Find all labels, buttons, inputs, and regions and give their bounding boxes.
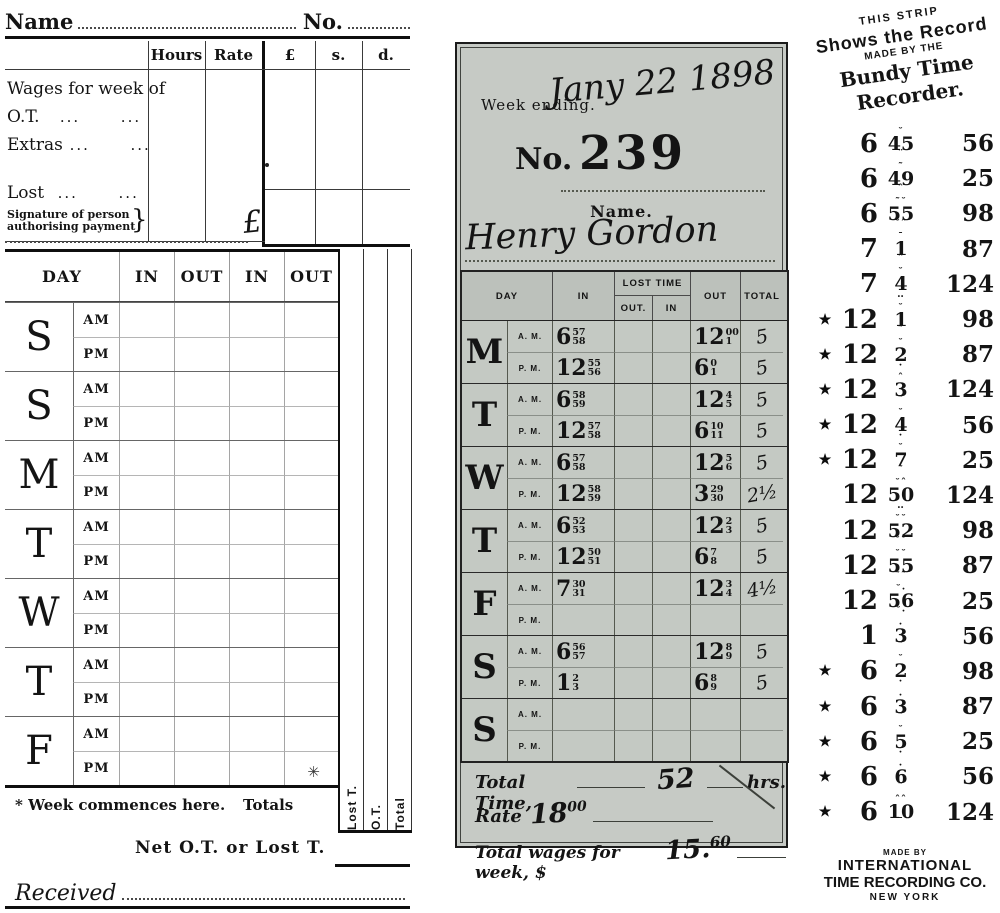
total-cell bbox=[740, 699, 783, 730]
am-label: AM bbox=[73, 579, 119, 613]
am-label: A. M. bbox=[507, 573, 552, 604]
out-cell bbox=[174, 579, 229, 613]
in-time-cell bbox=[552, 730, 614, 761]
card-no-label: No. bbox=[515, 142, 572, 177]
employee-number: 98 bbox=[924, 306, 996, 333]
strip-record-row: ★ 12 ˘ 4 · 56 bbox=[810, 408, 1000, 443]
out-cell bbox=[174, 613, 229, 647]
time-min-bottom: 1 bbox=[726, 337, 739, 346]
punch-day-row: T A. M. 65253 1223 5 P. M. 125051 bbox=[462, 509, 787, 572]
lost-out-cell bbox=[614, 604, 652, 635]
overprint-mark-bottom: ¨ bbox=[898, 152, 904, 158]
time-hour: 12 bbox=[694, 640, 725, 664]
punch-day-row: W A. M. 65758 1256 5 P. M. 125859 bbox=[462, 446, 787, 509]
no-dotted-line bbox=[348, 8, 410, 29]
total-hours: 5 bbox=[754, 419, 770, 443]
day-letter: S bbox=[462, 699, 507, 761]
employee-number: 25 bbox=[924, 447, 996, 474]
star-icon: ★ bbox=[810, 734, 840, 750]
in-cell bbox=[119, 717, 174, 751]
total-wages-label: Total wages for week, $ bbox=[475, 843, 655, 883]
name-label: Name bbox=[5, 9, 73, 34]
out-cell bbox=[174, 337, 229, 371]
out-time-cell bbox=[690, 699, 740, 730]
out-time-cell: 1256 bbox=[690, 447, 740, 478]
am-label: A. M. bbox=[507, 636, 552, 667]
signature-line2: authorising payment bbox=[7, 221, 135, 233]
record-minute: ˘ 2 · bbox=[878, 657, 924, 685]
in-time-cell: 65657 bbox=[552, 636, 614, 667]
star-icon: ★ bbox=[810, 769, 840, 785]
time-min-bottom: 51 bbox=[588, 557, 601, 566]
overprint-mark-bottom: ‥ bbox=[897, 292, 905, 298]
record-hour: 12 bbox=[840, 586, 878, 616]
ot-column: O.T. bbox=[364, 249, 388, 830]
overprint-mark-bottom: · bbox=[899, 750, 903, 756]
time-hour: 12 bbox=[556, 356, 587, 380]
star-icon: ★ bbox=[810, 804, 840, 820]
total-cell: 2½ bbox=[740, 478, 783, 509]
pm-label: P. M. bbox=[507, 352, 552, 383]
strip-record-row: ★ 6 · 6 ˜ 56 bbox=[810, 759, 1000, 794]
total-hours: 5 bbox=[754, 451, 770, 475]
record-minute: ˘· 56 ˘· bbox=[878, 587, 924, 615]
lost-in-cell bbox=[652, 415, 690, 446]
am-label: A. M. bbox=[507, 384, 552, 415]
strip-record-row: 1 · 3 ˜ 56 bbox=[810, 619, 1000, 654]
record-hour: 6 bbox=[840, 762, 878, 792]
time-min-bottom: 5 bbox=[726, 400, 733, 409]
lost-out-cell bbox=[614, 384, 652, 415]
out-cell bbox=[284, 579, 338, 613]
signature-dotted-line bbox=[5, 241, 248, 243]
ink-dot bbox=[265, 163, 269, 167]
out-cell bbox=[284, 372, 338, 406]
punch-day-row: T A. M. 65859 1245 5 P. M. 125758 bbox=[462, 383, 787, 446]
card-no-value: 239 bbox=[579, 126, 686, 181]
total-cell: 5 bbox=[740, 447, 783, 478]
out-cell bbox=[174, 682, 229, 716]
record-minute: ˘ 7 ˜ bbox=[878, 446, 924, 474]
time-hour: 6 bbox=[556, 388, 571, 412]
total-cell: 5 bbox=[740, 384, 783, 415]
am-label: AM bbox=[73, 441, 119, 475]
time-min-bottom: 58 bbox=[572, 337, 585, 346]
no-label: No. bbox=[303, 9, 343, 34]
lost-in-cell bbox=[652, 478, 690, 509]
weekly-time-grid: DAY IN OUT IN OUT S AM PM bbox=[5, 249, 410, 831]
record-minute: ˘ 1 ˜ bbox=[878, 306, 924, 334]
in-cell bbox=[119, 648, 174, 682]
am-label: AM bbox=[73, 648, 119, 682]
overprint-mark-bottom: ˘· bbox=[896, 609, 906, 615]
day-letter: T bbox=[5, 510, 73, 578]
time-min-bottom: 30 bbox=[710, 494, 723, 503]
record-hour: 6 bbox=[840, 727, 878, 757]
out-time-cell: 32930 bbox=[690, 478, 740, 509]
in-time-cell: 125859 bbox=[552, 478, 614, 509]
out-cell bbox=[174, 303, 229, 337]
punch-time-table: DAY IN LOST TIME OUT. IN OUT TOTAL M A. … bbox=[460, 270, 789, 763]
lost-out-cell bbox=[614, 636, 652, 667]
row-label: Lost bbox=[7, 183, 44, 203]
total-hours: 5 bbox=[754, 514, 770, 538]
punch-day-row: M A. M. 65758 12001 5 P. M. 125556 bbox=[462, 321, 787, 383]
in-cell bbox=[119, 475, 174, 509]
strip-record-row: ★ 6 ˘ 5 · 25 bbox=[810, 724, 1000, 759]
lost-in-cell bbox=[652, 667, 690, 698]
in-cell bbox=[119, 579, 174, 613]
total-time-handwriting: 52 bbox=[656, 763, 696, 797]
record-hour: 12 bbox=[840, 516, 878, 546]
in-time-cell bbox=[552, 699, 614, 730]
row-dots: ... ... bbox=[63, 136, 151, 154]
time-grid-main: DAY IN OUT IN OUT S AM PM bbox=[5, 249, 338, 788]
day-header: DAY bbox=[462, 272, 552, 320]
punch-table-header: DAY IN LOST TIME OUT. IN OUT TOTAL bbox=[462, 272, 787, 321]
in-cell bbox=[229, 406, 284, 440]
employee-number: 124 bbox=[924, 271, 996, 298]
out-header: OUT bbox=[284, 252, 338, 301]
total-cell: 5 bbox=[740, 667, 783, 698]
in-cell bbox=[229, 372, 284, 406]
total-cell: 5 bbox=[740, 321, 783, 352]
time-grid-header: DAY IN OUT IN OUT bbox=[5, 252, 338, 302]
day-row: F AM PM ✳ bbox=[5, 716, 338, 785]
overprint-mark-bottom: ˘ˆ bbox=[895, 222, 907, 228]
time-min-bottom: 9 bbox=[726, 652, 733, 661]
received-row: Received bbox=[15, 878, 410, 906]
row-dots: ... ... bbox=[44, 184, 139, 202]
out-cell bbox=[284, 337, 338, 371]
overprint-mark-bottom: ¯ bbox=[898, 820, 904, 826]
time-min-bottom: 53 bbox=[572, 526, 585, 535]
lost-in-cell bbox=[652, 541, 690, 572]
employee-number: 56 bbox=[924, 412, 996, 439]
strip-footer: MADE BY INTERNATIONAL TIME RECORDING CO.… bbox=[810, 848, 1000, 903]
lost-out-cell bbox=[614, 321, 652, 352]
lost-in-cell bbox=[652, 636, 690, 667]
lost-out-cell bbox=[614, 447, 652, 478]
in-cell bbox=[119, 337, 174, 371]
in-cell bbox=[119, 510, 174, 544]
time-min-bottom: 57 bbox=[572, 652, 585, 661]
time-hour: 6 bbox=[556, 514, 571, 538]
total-hours: 5 bbox=[754, 671, 770, 695]
am-label: A. M. bbox=[507, 510, 552, 541]
out-cell bbox=[284, 682, 338, 716]
in-cell bbox=[229, 475, 284, 509]
in-cell bbox=[229, 717, 284, 751]
lost-in-cell bbox=[652, 730, 690, 761]
fill-line bbox=[707, 787, 743, 788]
in-time-cell: 125051 bbox=[552, 541, 614, 572]
in-cell bbox=[229, 303, 284, 337]
in-cell bbox=[119, 441, 174, 475]
strip-record-row: ★ 12 ˘ 7 ˜ 25 bbox=[810, 443, 1000, 478]
pm-label: PM bbox=[73, 613, 119, 647]
day-rows: S AM PM bbox=[5, 302, 338, 785]
pm-label: PM bbox=[73, 544, 119, 578]
star-icon: ★ bbox=[810, 452, 840, 468]
time-hour: 7 bbox=[556, 577, 571, 601]
footnote-row: * Week commences here. Totals bbox=[5, 782, 338, 830]
day-letter: T bbox=[462, 510, 507, 572]
out-cell bbox=[284, 510, 338, 544]
strip-record-row: 12 ˘˘ 52 ˘˘ 98 bbox=[810, 513, 1000, 548]
record-minute: · 3 ˜ bbox=[878, 622, 924, 650]
time-hour: 12 bbox=[556, 482, 587, 506]
overprint-mark-bottom: ˜ bbox=[898, 328, 904, 334]
strip-record-row: 12 ˘ˆ 50 ‥ 124 bbox=[810, 478, 1000, 513]
lost-in-cell bbox=[652, 352, 690, 383]
fill-line bbox=[577, 787, 646, 788]
record-hour: 6 bbox=[840, 199, 878, 229]
time-hour: 12 bbox=[556, 545, 587, 569]
in-time-cell: 65859 bbox=[552, 384, 614, 415]
overprint-mark-bottom: ˜ bbox=[898, 398, 904, 404]
record-hour: 12 bbox=[840, 305, 878, 335]
total-hours: 5 bbox=[754, 325, 770, 349]
lost-out-header: OUT. bbox=[614, 296, 652, 320]
time-hour: 12 bbox=[694, 325, 725, 349]
side-total-columns: Lost T. O.T. Total bbox=[338, 249, 412, 833]
out-time-cell: 61011 bbox=[690, 415, 740, 446]
time-hour: 12 bbox=[694, 388, 725, 412]
time-min-bottom: 58 bbox=[572, 463, 585, 472]
record-minute: · 6 ˜ bbox=[878, 763, 924, 791]
lost-in-cell bbox=[652, 321, 690, 352]
time-hour: 12 bbox=[694, 514, 725, 538]
employee-number: 25 bbox=[924, 728, 996, 755]
record-minute: ˆˆ 10 ¯ bbox=[878, 798, 924, 826]
record-hour: 12 bbox=[840, 551, 878, 581]
in-cell bbox=[119, 406, 174, 440]
total-cell bbox=[740, 730, 783, 761]
time-min-bottom: 1 bbox=[710, 368, 717, 377]
header-underline bbox=[5, 69, 410, 70]
record-minute: ˜ 49 ˆ bbox=[878, 165, 924, 193]
rate-handwriting: 1800 bbox=[529, 797, 588, 831]
in-time-cell: 65253 bbox=[552, 510, 614, 541]
pm-label: P. M. bbox=[507, 604, 552, 635]
employee-number: 87 bbox=[924, 236, 996, 263]
record-hour: 12 bbox=[840, 445, 878, 475]
employee-number: 98 bbox=[924, 517, 996, 544]
overprint-mark-bottom: · bbox=[899, 679, 903, 685]
record-minute: ˘ 4 · bbox=[878, 411, 924, 439]
day-letter: M bbox=[5, 441, 73, 509]
wages-row: Wages for week of bbox=[7, 79, 165, 99]
shillings-header: s. bbox=[315, 46, 362, 64]
in-cell bbox=[119, 372, 174, 406]
lost-t-column: Lost T. bbox=[340, 249, 364, 830]
lost-time-header: LOST TIME bbox=[614, 272, 690, 296]
in-cell bbox=[119, 682, 174, 716]
extras-row: Extras ... ... bbox=[7, 135, 151, 155]
strip-record-row: ★ 6 · 3 ˜ 87 bbox=[810, 689, 1000, 724]
in-cell bbox=[229, 510, 284, 544]
out-cell bbox=[284, 544, 338, 578]
in-time-cell bbox=[552, 604, 614, 635]
pm-label: P. M. bbox=[507, 415, 552, 446]
pm-label: P. M. bbox=[507, 478, 552, 509]
lost-out-cell bbox=[614, 699, 652, 730]
out-cell bbox=[284, 406, 338, 440]
day-letter: M bbox=[462, 321, 507, 383]
employee-number: 124 bbox=[924, 799, 996, 826]
lost-in-cell bbox=[652, 573, 690, 604]
time-hour: 6 bbox=[694, 671, 709, 695]
record-minute: ˘˘ 55 ˜˜ bbox=[878, 552, 924, 580]
record-hour: 1 bbox=[840, 621, 878, 651]
in-header: IN bbox=[229, 252, 284, 301]
in-cell bbox=[229, 337, 284, 371]
out-time-cell: 12001 bbox=[690, 321, 740, 352]
am-label: A. M. bbox=[507, 321, 552, 352]
star-icon: ★ bbox=[810, 312, 840, 328]
total-cell: 5 bbox=[740, 636, 783, 667]
strip-record-row: ★ 6 ˘ 2 · 98 bbox=[810, 654, 1000, 689]
row-dots: ... ... bbox=[40, 108, 142, 126]
in-time-cell: 125556 bbox=[552, 352, 614, 383]
overprint-mark-bottom: ˜ bbox=[898, 715, 904, 721]
time-hour: 12 bbox=[694, 451, 725, 475]
out-cell bbox=[174, 441, 229, 475]
total-column: Total bbox=[388, 249, 412, 830]
out-cell bbox=[284, 475, 338, 509]
in-cell bbox=[229, 751, 284, 785]
star-icon: ★ bbox=[810, 699, 840, 715]
employee-number: 98 bbox=[924, 200, 996, 227]
lost-in-header: IN bbox=[652, 296, 690, 320]
record-hour: 6 bbox=[840, 656, 878, 686]
strip-record-rows: 6 ˘ 45 ¨ 56 6 ˜ 49 ˆ 25 bbox=[810, 126, 1000, 830]
out-time-cell: 1245 bbox=[690, 384, 740, 415]
name-no-row: Name No. bbox=[5, 8, 410, 34]
time-min-bottom: 3 bbox=[726, 526, 733, 535]
overprint-mark-bottom: ˘˘ bbox=[895, 539, 907, 545]
wages-summary-block: Hours Rate £ s. d. Wages for week of O.T… bbox=[5, 41, 410, 247]
am-label: A. M. bbox=[507, 699, 552, 730]
pm-label: P. M. bbox=[507, 730, 552, 761]
day-row: S AM PM bbox=[5, 371, 338, 440]
time-min-bottom: 6 bbox=[726, 463, 733, 472]
day-letter: T bbox=[462, 384, 507, 446]
time-min-bottom: 59 bbox=[588, 494, 601, 503]
record-minute: ˘ 45 ¨ bbox=[878, 130, 924, 158]
total-cell: 5 bbox=[740, 352, 783, 383]
out-cell bbox=[174, 751, 229, 785]
record-minute: ˜˘ 55 ˘ˆ bbox=[878, 200, 924, 228]
pm-label: PM bbox=[73, 682, 119, 716]
time-hour: 6 bbox=[556, 451, 571, 475]
out-time-cell bbox=[690, 604, 740, 635]
employee-number: 87 bbox=[924, 552, 996, 579]
total-hours: 2½ bbox=[745, 481, 779, 508]
net-total-line bbox=[335, 864, 410, 867]
record-hour: 6 bbox=[840, 797, 878, 827]
day-letter: F bbox=[462, 573, 507, 635]
time-hour: 6 bbox=[694, 545, 709, 569]
in-time-cell: 73031 bbox=[552, 573, 614, 604]
day-row: S AM PM bbox=[5, 302, 338, 371]
pm-label: PM bbox=[73, 337, 119, 371]
in-cell bbox=[119, 751, 174, 785]
am-label: AM bbox=[73, 717, 119, 751]
total-hours: 5 bbox=[754, 388, 770, 412]
in-cell bbox=[229, 441, 284, 475]
time-hour: 1 bbox=[556, 671, 571, 695]
pm-label: P. M. bbox=[507, 541, 552, 572]
record-minute: ¯ 1 ˆ bbox=[878, 235, 924, 263]
record-hour: 6 bbox=[840, 164, 878, 194]
lost-in-cell bbox=[652, 447, 690, 478]
am-label: A. M. bbox=[507, 447, 552, 478]
fill-line bbox=[593, 821, 713, 822]
out-time-cell: 689 bbox=[690, 667, 740, 698]
net-ot-label: Net O.T. or Lost T. bbox=[135, 838, 325, 858]
in-cell bbox=[229, 682, 284, 716]
day-letter: F bbox=[5, 717, 73, 785]
strip-record-row: 6 ˘ 45 ¨ 56 bbox=[810, 126, 1000, 161]
employee-number: 25 bbox=[924, 165, 996, 192]
subtotal-line bbox=[265, 189, 410, 190]
day-letter: S bbox=[5, 303, 73, 371]
punch-day-row: S A. M. P. M. bbox=[462, 698, 787, 761]
lost-out-cell bbox=[614, 510, 652, 541]
out-time-cell: 1289 bbox=[690, 636, 740, 667]
out-cell bbox=[174, 648, 229, 682]
time-min-bottom: 8 bbox=[710, 557, 717, 566]
strip-record-row: ★ 12 ˘ 1 ˜ 98 bbox=[810, 302, 1000, 337]
strip-record-row: 6 ˜ 49 ˆ 25 bbox=[810, 161, 1000, 196]
out-header: OUT bbox=[690, 272, 740, 320]
strip-record-row: ★ 6 ˆˆ 10 ¯ 124 bbox=[810, 795, 1000, 830]
day-row: T AM PM bbox=[5, 509, 338, 578]
am-label: AM bbox=[73, 303, 119, 337]
total-hours: 5 bbox=[754, 356, 770, 380]
employee-number: 25 bbox=[924, 588, 996, 615]
time-hour: 12 bbox=[556, 419, 587, 443]
total-hours: 5 bbox=[754, 640, 770, 664]
employee-number: 98 bbox=[924, 658, 996, 685]
row-label: Wages for week of bbox=[7, 79, 165, 99]
overprint-mark-bottom: ˆ bbox=[898, 187, 904, 193]
strip-header: THIS STRIP Shows the Record MADE BY THE … bbox=[800, 0, 1000, 122]
out-header: OUT bbox=[174, 252, 229, 301]
in-cell bbox=[229, 648, 284, 682]
total-wages-line: Total wages for week, $ 15.60 bbox=[475, 834, 786, 883]
record-hour: 7 bbox=[840, 269, 878, 299]
time-hour: 6 bbox=[556, 325, 571, 349]
pound-script-mark: £ bbox=[241, 204, 264, 241]
overprint-mark-bottom: ‥ bbox=[897, 503, 905, 509]
name-dotted-line bbox=[465, 260, 775, 262]
record-hour: 7 bbox=[840, 234, 878, 264]
overprint-mark-bottom: ˜ bbox=[898, 644, 904, 650]
star-icon: ★ bbox=[810, 663, 840, 679]
total-cell: 5 bbox=[740, 510, 783, 541]
time-min-bottom: 31 bbox=[572, 589, 585, 598]
out-cell bbox=[174, 510, 229, 544]
day-letter: T bbox=[5, 648, 73, 716]
day-header: DAY bbox=[5, 252, 119, 301]
out-cell bbox=[284, 613, 338, 647]
ot-row: O.T. ... ... bbox=[7, 107, 141, 127]
record-hour: 12 bbox=[840, 340, 878, 370]
fill-line bbox=[737, 857, 786, 858]
